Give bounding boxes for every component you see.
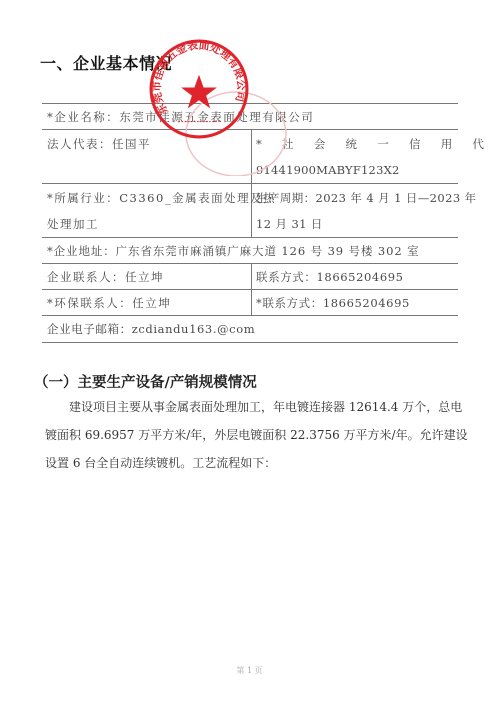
project-description: 建设项目主要从事金属表面处理加工，年电镀连接器 12614.4 万个，总电 镀面… [45,393,465,477]
table-rule [42,289,458,290]
company-address: *企业地址：广东省东莞市麻涌镇广麻大道 126 号 39 号楼 302 室 [47,243,420,259]
table-divider [251,263,252,315]
subsection-title: （一）主要生产设备/产销规模情况 [34,371,257,392]
table-rule [42,315,458,316]
production-period-continued: 12 月 31 日 [256,216,323,232]
industry-continued: 处理加工 [47,216,99,232]
paragraph-line: 建设项目主要从事金属表面处理加工，年电镀连接器 12614.4 万个，总电 [45,393,465,421]
page-number: 第 1 页 [0,665,499,676]
contact-phone: 联系方式：18665204695 [256,269,404,285]
table-rule [42,263,458,264]
company-seal-stamp-icon: 东莞市佳源五金表面处理有限公司 [148,38,250,140]
contact-person: 企业联系人：任立坤 [47,269,164,285]
env-contact-phone: *联系方式：18665204695 [256,295,410,311]
paragraph-line: 镀面积 69.6957 万平方米/年，外层电镀面积 22.3756 万平方米/年… [45,421,465,449]
table-rule [42,183,458,184]
industry: *所属行业：C3360_金属表面处理及热 [47,190,276,206]
table-rule [42,342,458,343]
paragraph-line: 设置 6 台全自动连续镀机。工艺流程如下： [45,449,465,477]
company-email: 企业电子邮箱：zcdiandu163.@com [47,321,255,337]
production-period: 生产周期：2023 年 4 月 1 日—2023 年 [256,190,477,206]
legal-representative: 法人代表：任国平 [47,136,151,152]
env-contact-person: *环保联系人：任立坤 [47,295,171,311]
table-rule [42,237,458,238]
